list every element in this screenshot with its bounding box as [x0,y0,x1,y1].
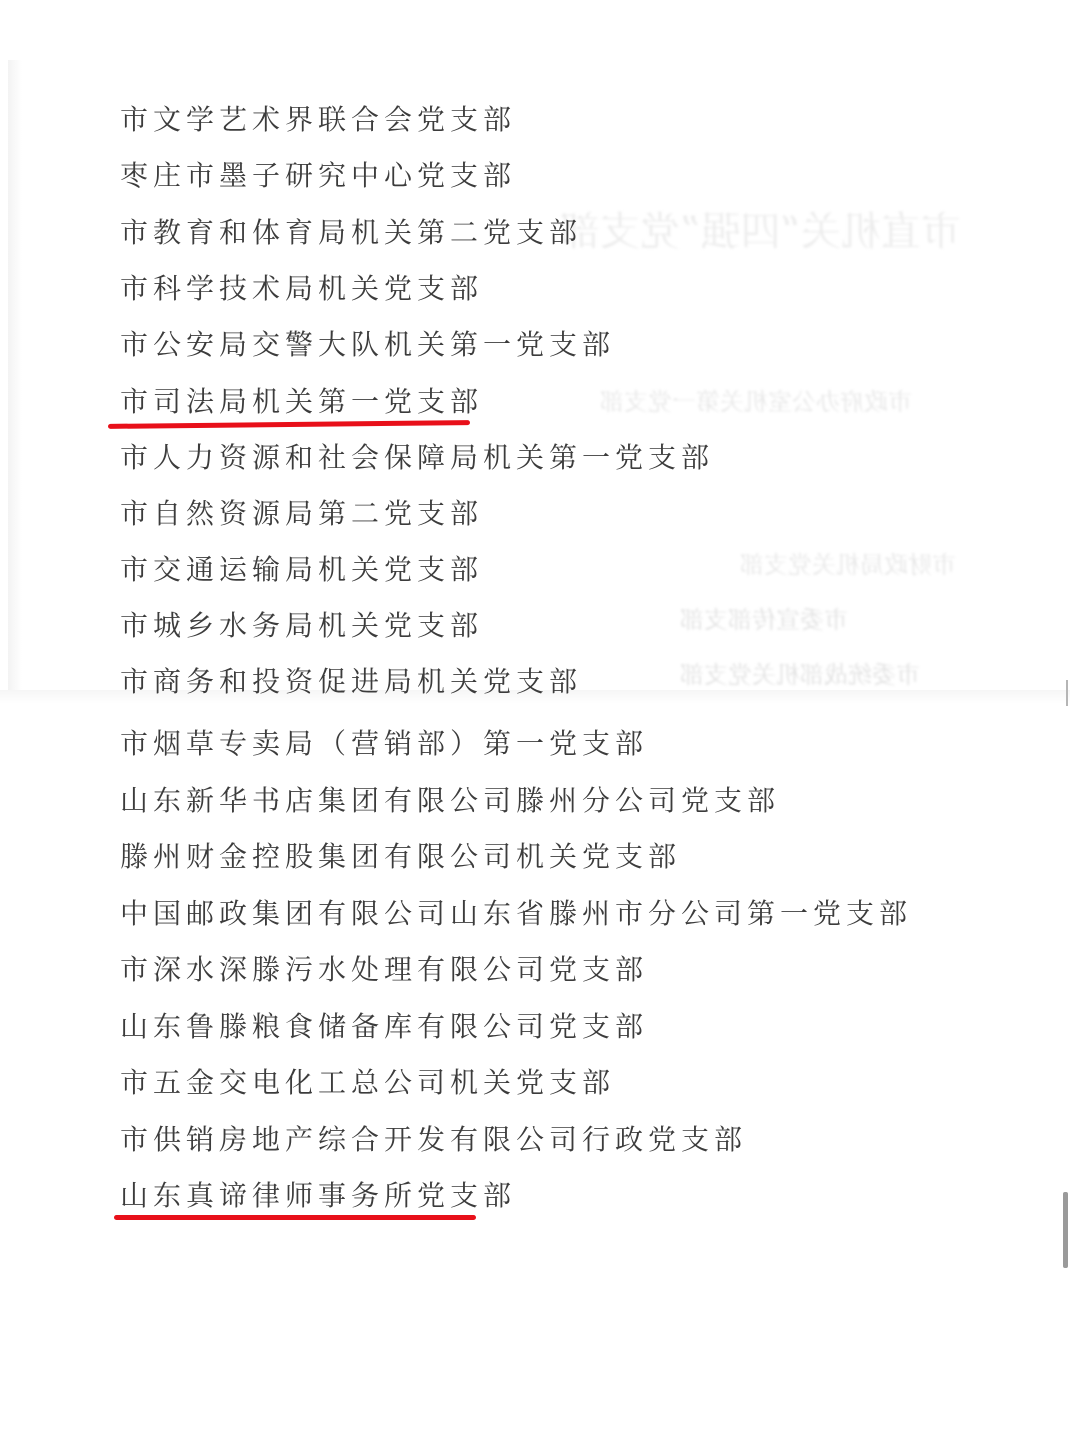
list-item: 市科学技术局机关党支部 [120,269,483,309]
scanned-document-page: 市直机关“四强”党支部 市政府办公室机关第一党支部 市财政局机关党支部 市委宣传… [0,0,1080,1270]
list-item: 市五金交电化工总公司机关党支部 [120,1063,615,1103]
list-item: 市文学艺术界联合会党支部 [120,100,516,140]
list-item: 中国邮政集团有限公司山东省滕州市分公司第一党支部 [120,894,912,934]
list-item: 市教育和体育局机关第二党支部 [120,213,582,253]
list-item: 市交通运输局机关党支部 [120,550,483,590]
list-item: 枣庄市墨子研究中心党支部 [120,156,516,196]
list-item: 市自然资源局第二党支部 [120,494,483,534]
scrollbar-thumb[interactable] [1063,1192,1068,1268]
list-item: 市商务和投资促进局机关党支部 [120,662,582,702]
list-item-highlighted: 市司法局机关第一党支部 [120,382,483,422]
list-item: 滕州财金控股集团有限公司机关党支部 [120,837,681,877]
page-edge-mark [1066,680,1068,706]
list-item: 市供销房地产综合开发有限公司行政党支部 [120,1120,747,1160]
bleed-through-text: 市财政局机关党支部 [740,545,956,580]
red-underline-mark [114,1215,476,1220]
bleed-through-text: 市委统战部机关党支部 [680,655,920,690]
list-item: 市烟草专卖局（营销部）第一党支部 [120,724,648,764]
list-item: 市深水深滕污水处理有限公司党支部 [120,950,648,990]
list-item: 市城乡水务局机关党支部 [120,606,483,646]
bleed-through-text: 市委宣传部支部 [680,600,848,635]
scan-edge-shadow [8,60,22,700]
bleed-through-text: 市政府办公室机关第一党支部 [600,382,912,417]
list-item: 山东鲁滕粮食储备库有限公司党支部 [120,1007,648,1047]
list-item-highlighted: 山东真谛律师事务所党支部 [120,1176,516,1216]
list-item: 山东新华书店集团有限公司滕州分公司党支部 [120,781,780,821]
list-item: 市公安局交警大队机关第一党支部 [120,325,615,365]
list-item: 市人力资源和社会保障局机关第一党支部 [120,438,714,478]
bleed-through-title: 市直机关“四强”党支部 [560,200,961,257]
